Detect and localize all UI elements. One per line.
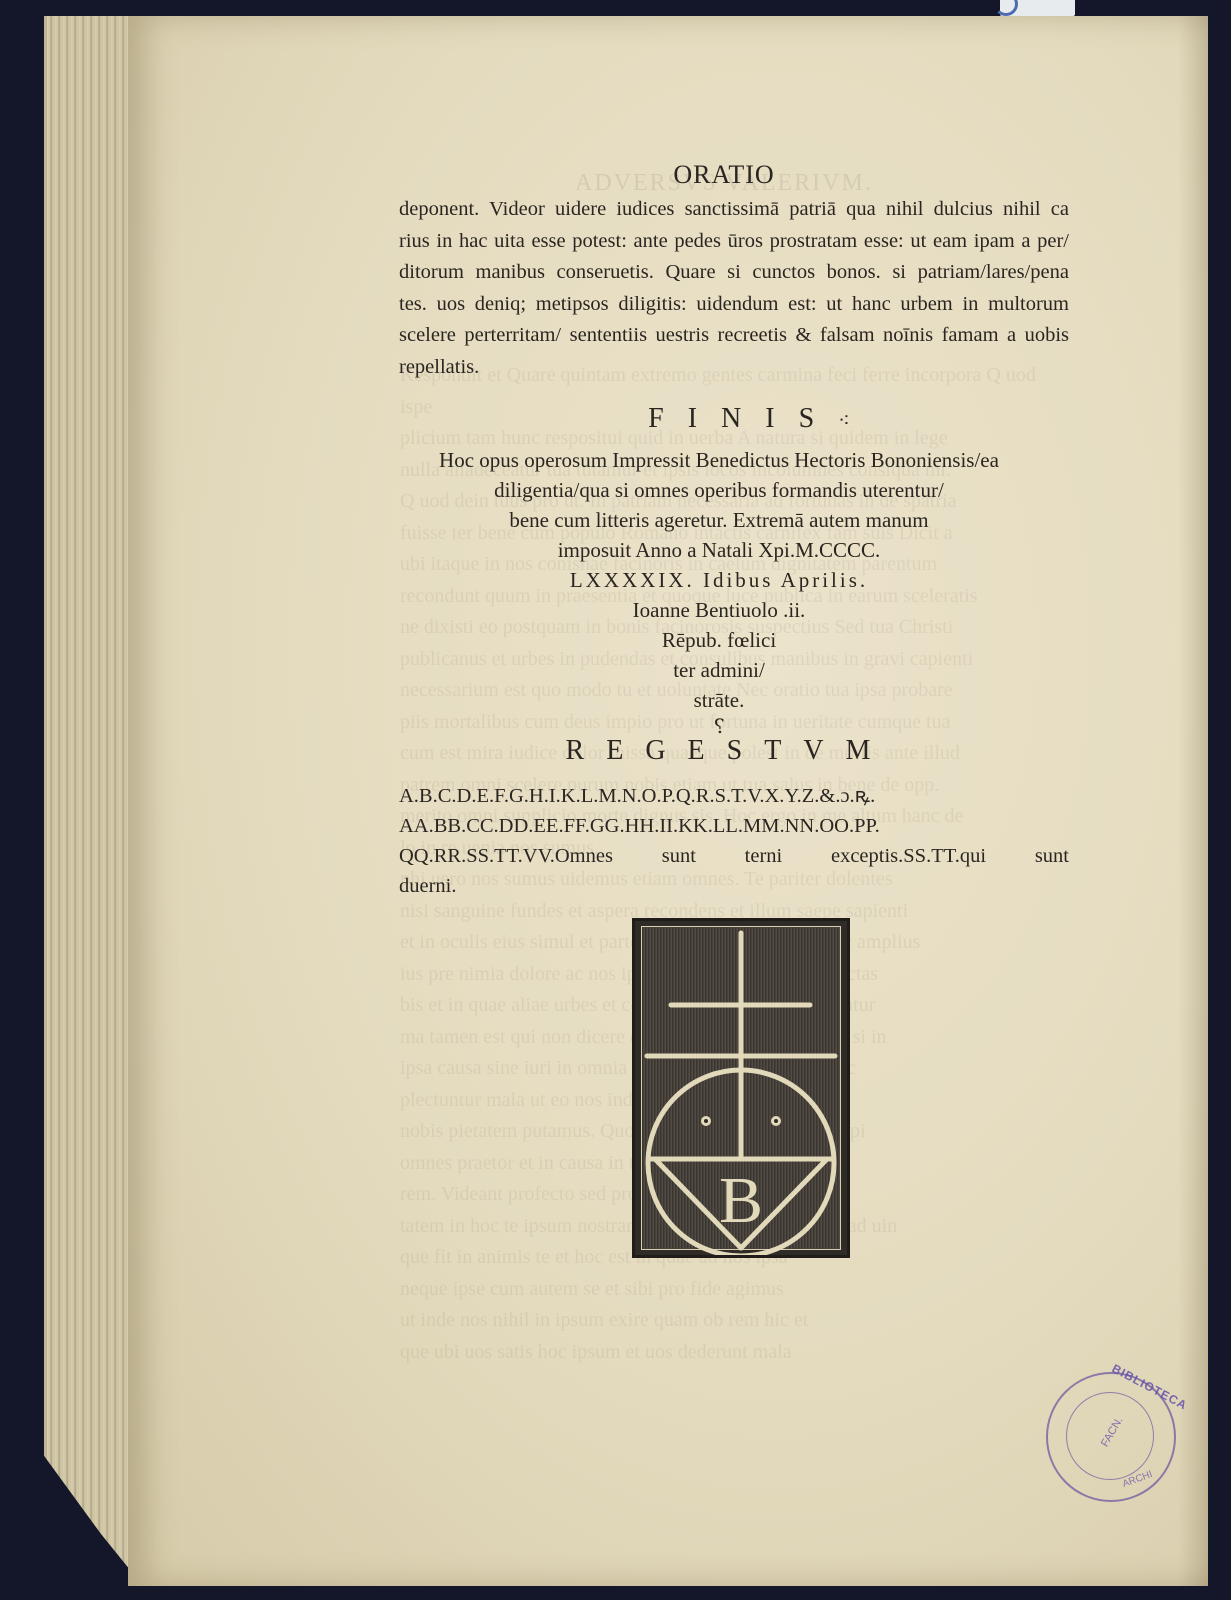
register-line: AA.BB.CC.DD.EE.FF.GG.HH.II.KK.LL.MM.NN.O… <box>399 811 1069 841</box>
body-line: tes. uos deniq; metipsos diligitis: uide… <box>399 289 1069 321</box>
colophon: Hoc opus operosum Impressit Benedictus H… <box>369 445 1069 715</box>
body-line: deponent. Videor uidere iudices sanctiss… <box>399 194 1069 226</box>
register-of-quires: A.B.C.D.E.F.G.H.I.K.L.M.N.O.P.Q.R.S.T.V.… <box>399 781 1069 901</box>
library-stamp: BIBLIOTECA FACN. ARCHI <box>1046 1372 1176 1502</box>
register-line: duerni. <box>399 871 1069 901</box>
device-letter: B <box>719 1164 763 1237</box>
colophon-line: LXXXXIX. Idibus Aprilis. <box>369 565 1069 595</box>
body-line: ditorum manibus conseruetis. Quare si cu… <box>399 257 1069 289</box>
colophon-line: strāte. <box>369 685 1069 715</box>
regestum-heading: REGESTVM <box>389 735 1069 767</box>
register-line: QQ.RR.SS.TT.VV.Omnes sunt terni exceptis… <box>399 841 1069 871</box>
finis-text: FINIS <box>648 403 838 434</box>
colophon-line: Rēpub. fœlici <box>369 625 1069 655</box>
finis-heading: FINIS⁖ <box>429 403 1069 435</box>
running-head: ORATIO <box>379 160 1069 190</box>
book-fore-edge <box>44 16 139 1581</box>
body-line: rius in hac uita esse potest: ante pedes… <box>399 226 1069 258</box>
finis-punctuation-icon: ⁖ <box>838 410 850 432</box>
register-line: A.B.C.D.E.F.G.H.I.K.L.M.N.O.P.Q.R.S.T.V.… <box>399 781 1069 811</box>
body-line: scelere perterritam/ sententiis uestris … <box>399 320 1069 352</box>
colophon-line: diligentia/qua si omnes operibus formand… <box>369 475 1069 505</box>
colophon-line: Ioanne Bentiuolo .ii. <box>369 595 1069 625</box>
body-line: repellatis. <box>399 352 1069 384</box>
colophon-line: imposuit Anno a Natali Xpi.M.CCCC. <box>369 535 1069 565</box>
page-gutter-shadow <box>1178 16 1208 1586</box>
colophon-line: ter admini/ <box>369 655 1069 685</box>
cross-orb-device-icon: B <box>635 921 847 1255</box>
scan-calibration-label <box>1000 0 1075 16</box>
printed-text-block: ORATIO deponent. Videor uidere iudices s… <box>399 160 1069 901</box>
printers-device-woodcut: B <box>632 918 850 1258</box>
colophon-line: Hoc opus operosum Impressit Benedictus H… <box>369 445 1069 475</box>
oration-ending: deponent. Videor uidere iudices sanctiss… <box>399 194 1069 383</box>
colophon-line: bene cum litteris ageretur. Extremā aute… <box>369 505 1069 535</box>
regestum-punctuation-icon: ⸮ <box>369 719 1069 735</box>
